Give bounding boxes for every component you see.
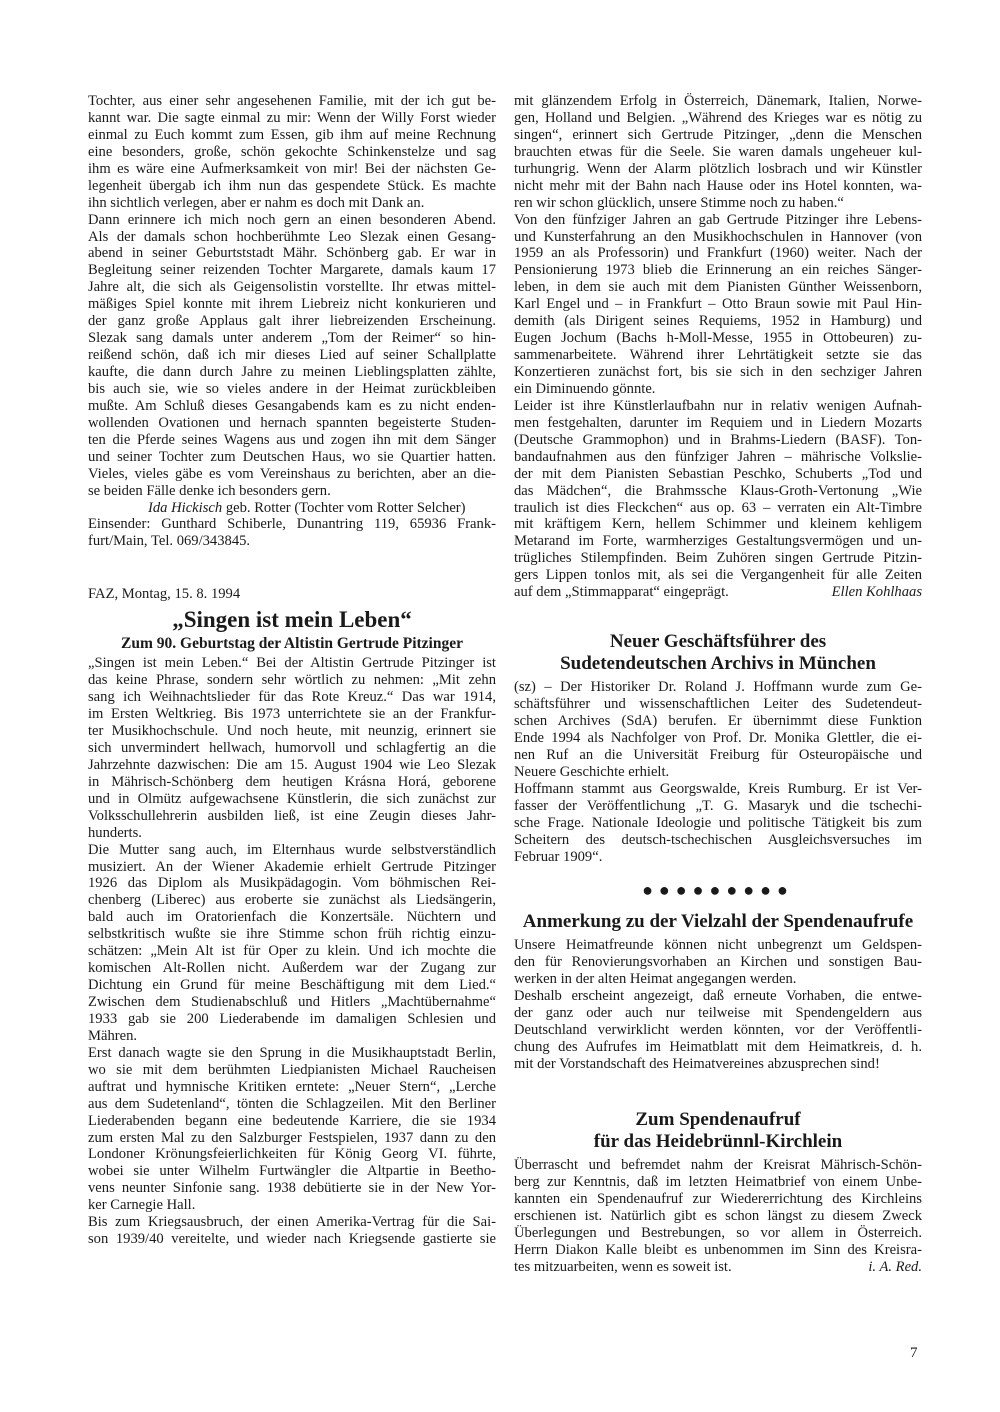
text-line: mit kräftigem Kern, hellem Schimmer und … bbox=[514, 516, 922, 533]
text-line: der ganz oder auch nur teilweise mit Spe… bbox=[514, 1005, 922, 1022]
text-line: (Deutsche Grammophon) und in Brahms-Lied… bbox=[514, 432, 922, 449]
text-line: fasser der Veröffentlichung „T. G. Masar… bbox=[514, 798, 922, 815]
text-line: Februar 1909“. bbox=[514, 849, 922, 866]
church-title-line2: für das Heidebrünnl-Kirchlein bbox=[514, 1131, 922, 1153]
text-line: ein Diminuendo gönnte. bbox=[514, 381, 922, 398]
archive-title-line2: Sudetendeutschen Archivs in München bbox=[514, 653, 922, 675]
text-line: wobei sie unter Wilhelm Furtwängler die … bbox=[88, 1163, 496, 1180]
text-line: Von den fünfziger Jahren an gab Gertrude… bbox=[514, 212, 922, 229]
text-line: turhungrig. Wenn der Alarm plötzlich los… bbox=[514, 161, 922, 178]
text-line: kaufte, die dann durch Jahre zu meinen L… bbox=[88, 364, 496, 381]
dot-separator: ●●●●●●●●● bbox=[514, 879, 922, 901]
text-line: Londoner Krönungsfeierlichkeiten für Kön… bbox=[88, 1146, 496, 1163]
text-line: Tochter, aus einer sehr angesehenen Fami… bbox=[88, 93, 496, 110]
archive-title-line1: Neuer Geschäftsführer des bbox=[514, 631, 922, 653]
text-line: Herrn Diakon Kalle bleibt es unbenommen … bbox=[514, 1242, 922, 1259]
author-line: Ida Hickisch geb. Rotter (Tochter vom Ro… bbox=[88, 500, 496, 517]
text-line: Mähren. bbox=[88, 1028, 496, 1045]
text-line: gers Lippen tonlos mit, als sei die Verg… bbox=[514, 567, 922, 584]
text-line: das Mädchen“, die Brahmssche Klaus-Groth… bbox=[514, 483, 922, 500]
text-line: bald auch im Oratorienfach die Konzertsä… bbox=[88, 909, 496, 926]
text-line: auftrat und hymnische Kritiken erntete: … bbox=[88, 1079, 496, 1096]
text-line: leben, in dem sie auch mit dem Pianisten… bbox=[514, 279, 922, 296]
text-line: auf dem „Stimmapparat“ eingeprägt. bbox=[514, 584, 729, 601]
text-line: demith (als Dirigent seines Requiems, 19… bbox=[514, 313, 922, 330]
donations-note: Anmerkung zu der Vielzahl der Spendenauf… bbox=[514, 911, 922, 1073]
text-line: Begleitung seiner reizenden Tochter Marg… bbox=[88, 262, 496, 279]
text-line: sich unvermindert hellwach, humorvoll un… bbox=[88, 740, 496, 757]
church-title-line1: Zum Spendenaufruf bbox=[514, 1109, 922, 1131]
text-line: Überlegungen und Bestrebungen, so vor al… bbox=[514, 1225, 922, 1242]
text-line: tes mitzuarbeiten, wenn es soweit ist. bbox=[514, 1259, 732, 1276]
text-line: ihm es wäre eine Aufmerksamkeit von mir!… bbox=[88, 161, 496, 178]
text-line: Als der damals schon hochberühmte Leo Sl… bbox=[88, 229, 496, 246]
text-line: Bis zum Kriegsausbruch, der einen Amerik… bbox=[88, 1214, 496, 1231]
author-note: geb. Rotter (Tochter vom Rotter Selcher) bbox=[222, 500, 465, 516]
text-line: singen“, erinnert sich Gertrude Pitzinge… bbox=[514, 127, 922, 144]
text-line: sammenarbeitete. Während ihrer Lehrtätig… bbox=[514, 347, 922, 364]
text-line: gen, Holland und Belgien. „Während des K… bbox=[514, 110, 922, 127]
text-line: mäßiges Spiel konnte mit ihrem Liebreiz … bbox=[88, 296, 496, 313]
left-column: Tochter, aus einer sehr angesehenen Fami… bbox=[88, 93, 496, 1248]
text-line: 1926 das Diplom als Musikpädagogin. Vom … bbox=[88, 875, 496, 892]
donations-note-title: Anmerkung zu der Vielzahl der Spendenauf… bbox=[514, 911, 922, 933]
text-line: Jahrzehnte dazwischen: Die am 15. August… bbox=[88, 757, 496, 774]
article-subtitle: Zum 90. Geburtstag der Altistin Gertrude… bbox=[88, 635, 496, 653]
sender-line: Einsender: Gunthard Schiberle, Dunantrin… bbox=[88, 516, 496, 533]
text-line: der ganz große Applaus galt ihrer liebre… bbox=[88, 313, 496, 330]
text-line: 1933 gab sie 200 Liederabende im damalig… bbox=[88, 1011, 496, 1028]
text-line: musiziert. An der Wiener Akademie erhiel… bbox=[88, 859, 496, 876]
text-line: (sz) – Der Historiker Dr. Roland J. Hoff… bbox=[514, 679, 922, 696]
text-line: im Ersten Weltkrieg. Bis 1973 unterricht… bbox=[88, 706, 496, 723]
text-line: Pensionierung 1973 blieb die Erinnerung … bbox=[514, 262, 922, 279]
text-line: Unsere Heimatfreunde können nicht unbegr… bbox=[514, 937, 922, 954]
text-line: komischen Alt-Rollen nicht. Außerdem war… bbox=[88, 960, 496, 977]
text-line: Slezak sang damals unter anderem „Tom de… bbox=[88, 330, 496, 347]
article-title: „Singen ist mein Leben“ bbox=[88, 607, 496, 633]
text-line: Die Mutter sang auch, im Elternhaus wurd… bbox=[88, 842, 496, 859]
text-line: nen Ruf an die Universität Freiburg für … bbox=[514, 747, 922, 764]
text-line: bandaufnahmen aus den fünfziger Jahren –… bbox=[514, 449, 922, 466]
text-line: Überrascht und befremdet nahm der Kreisr… bbox=[514, 1157, 922, 1174]
text-line: selbstkritisch wußte sie ihre Stimme sch… bbox=[88, 926, 496, 943]
text-line: Hoffmann stammt aus Georgswalde, Kreis R… bbox=[514, 781, 922, 798]
text-line: Dann erinnere ich mich noch gern an eine… bbox=[88, 212, 496, 229]
text-line: Eugen Jochum (Bachs h-Moll-Messe, 1955 i… bbox=[514, 330, 922, 347]
text-line: der mit dem Pianisten Sebastian Peschko,… bbox=[514, 466, 922, 483]
text-line: Karl Engel und – in Frankfurt – Otto Bra… bbox=[514, 296, 922, 313]
text-line: trügliches Stilempfinden. Beim Zuhören s… bbox=[514, 550, 922, 567]
text-line: Vieles, vieles gäbe es vom Vereinshaus z… bbox=[88, 466, 496, 483]
text-line: Leider ist ihre Künstlerlaufbahn nur in … bbox=[514, 398, 922, 415]
text-line: chenberg (Liberec) aus eroberte sie zunä… bbox=[88, 892, 496, 909]
text-line: zum ersten Mal zu den Salzburger Festspi… bbox=[88, 1130, 496, 1147]
text-line: reißend schön, daß ich mir dieses Lied a… bbox=[88, 347, 496, 364]
text-line: Jahre alt, die sich als Geigensolistin v… bbox=[88, 279, 496, 296]
text-line: men festgehalten, darunter im Requiem un… bbox=[514, 415, 922, 432]
text-line: sche Frage. Nationale Ideologie und poli… bbox=[514, 815, 922, 832]
text-line: Neuere Geschichte erhielt. bbox=[514, 764, 922, 781]
text-line: kannten ein Spendenaufruf zur Wiedererri… bbox=[514, 1191, 922, 1208]
text-line: ker Carnegie Hall. bbox=[88, 1197, 496, 1214]
text-line: nicht mehr mit der Bahn nach Hause oder … bbox=[514, 178, 922, 195]
text-line: erschienen ist. Natürlich gibt es schon … bbox=[514, 1208, 922, 1225]
text-line: aus dem Sudetenland“, tönten die Schlagz… bbox=[88, 1096, 496, 1113]
faz-article-continuation: mit glänzendem Erfolg in Österreich, Dän… bbox=[514, 93, 922, 601]
text-line: mußte. Am Schluß dieses Gesangabends kam… bbox=[88, 398, 496, 415]
text-line: wollenden Ovationen und hernach spannten… bbox=[88, 415, 496, 432]
text-line: ten die Pferde seines Wagens aus und zog… bbox=[88, 432, 496, 449]
text-line: vens neunter Sinfonie sang. 1938 debütie… bbox=[88, 1180, 496, 1197]
church-appeal: Zum Spendenaufruf für das Heidebrünnl-Ki… bbox=[514, 1109, 922, 1276]
text-line: abend in seiner Geburtststadt Mähr. Schö… bbox=[88, 245, 496, 262]
right-column: mit glänzendem Erfolg in Österreich, Dän… bbox=[514, 93, 922, 1276]
text-line: chung des Aufrufes im Heimatblatt mit de… bbox=[514, 1039, 922, 1056]
text-line: bis auch sie, wie so vieles andere in de… bbox=[88, 381, 496, 398]
text-line: Zwischen dem Studienabschluß und Hitlers… bbox=[88, 994, 496, 1011]
article-author: Ellen Kohlhaas bbox=[832, 584, 922, 601]
text-line: und Kunsterfahrung an den Musikhochschul… bbox=[514, 229, 922, 246]
text-line: werken in der alten Heimat angegangen we… bbox=[514, 971, 922, 988]
article-author: i. A. Red. bbox=[868, 1259, 922, 1276]
text-line: schen Archives (SdA) berufen. Er übernim… bbox=[514, 713, 922, 730]
text-line: Deshalb erscheint angezeigt, daß erneute… bbox=[514, 988, 922, 1005]
text-line: berg zur Kenntnis, daß im letzten Heimat… bbox=[514, 1174, 922, 1191]
text-line: wo sie mit dem berühmten Liedpianisten M… bbox=[88, 1062, 496, 1079]
text-line: ren wir schon glücklich, unsere Stimme n… bbox=[514, 195, 922, 212]
signature-line: auf dem „Stimmapparat“ eingeprägt. Ellen… bbox=[514, 584, 922, 601]
text-line: den für Renovierungsvorhaben an Kirchen … bbox=[514, 954, 922, 971]
text-line: das keine Phrase, sondern sehr wörtlich … bbox=[88, 672, 496, 689]
text-line: eine besonders, große, schön gekochte Sc… bbox=[88, 144, 496, 161]
text-line: brauchten etwas für die Seele. Sie waren… bbox=[514, 144, 922, 161]
text-line: Scheitern des deutsch-tschechischen Ausg… bbox=[514, 832, 922, 849]
text-line: 1959 an als Professorin) und Frankfurt (… bbox=[514, 245, 922, 262]
text-line: kannt war. Die sagte einmal zu mir: Wenn… bbox=[88, 110, 496, 127]
text-line: und in Olmütz aufgewachsene Künstlerin, … bbox=[88, 791, 496, 808]
faz-article: FAZ, Montag, 15. 8. 1994 „Singen ist mei… bbox=[88, 586, 496, 1248]
memoir-continuation: Tochter, aus einer sehr angesehenen Fami… bbox=[88, 93, 496, 550]
text-line: Volksschullehrerin ausbilden ließ, ist e… bbox=[88, 808, 496, 825]
author-name: Ida Hickisch bbox=[148, 500, 222, 516]
text-line: Konzertieren zunächst fort, bis sie sich… bbox=[514, 364, 922, 381]
text-line: schäftsführer und wissenschaftlichen Lei… bbox=[514, 696, 922, 713]
text-line: einmal zu Euch kommt zum Essen, gib ihm … bbox=[88, 127, 496, 144]
text-line: se beiden Fälle denke ich besonders gern… bbox=[88, 483, 496, 500]
page-number: 7 bbox=[910, 1345, 918, 1362]
text-line: son 1939/40 vereitelte, und wieder nach … bbox=[88, 1231, 496, 1248]
text-line: Ende 1994 als Nachfolger von Prof. Dr. M… bbox=[514, 730, 922, 747]
text-line: in Mährisch-Schönberg dem heutigen Krásn… bbox=[88, 774, 496, 791]
text-line: mit der Vorstandschaft des Heimatvereine… bbox=[514, 1056, 922, 1073]
text-line: Erst danach wagte sie den Sprung in die … bbox=[88, 1045, 496, 1062]
archive-article: Neuer Geschäftsführer des Sudetendeutsch… bbox=[514, 631, 922, 865]
text-line: „Singen ist mein Leben.“ Bei der Altisti… bbox=[88, 655, 496, 672]
text-line: Deutschland verwirklicht werden könnten,… bbox=[514, 1022, 922, 1039]
text-line: ter Musikhochschule. Und noch heute, mit… bbox=[88, 723, 496, 740]
text-line: ihn sichtlich verlegen, aber er nahm es … bbox=[88, 195, 496, 212]
article-dateline: FAZ, Montag, 15. 8. 1994 bbox=[88, 586, 496, 603]
text-line: traulich ist dies Fleckchen“ aus op. 63 … bbox=[514, 500, 922, 517]
text-line: legenheit übergab ich ihm nun das gespen… bbox=[88, 178, 496, 195]
text-line: sang ich Weihnachtslieder für das Rote K… bbox=[88, 689, 496, 706]
text-line: Metarand im Forte, warmherziges Gestaltu… bbox=[514, 533, 922, 550]
signature-line: tes mitzuarbeiten, wenn es soweit ist. i… bbox=[514, 1259, 922, 1276]
text-line: Liederabenden begann eine bedeutende Kar… bbox=[88, 1113, 496, 1130]
text-line: Dichtung ein Grund für meine Beschäftigu… bbox=[88, 977, 496, 994]
text-line: mit glänzendem Erfolg in Österreich, Dän… bbox=[514, 93, 922, 110]
text-line: hunderts. bbox=[88, 825, 496, 842]
text-line: und seiner Tochter zum Deutschen Haus, w… bbox=[88, 449, 496, 466]
text-line: schätzen: „Mein Alt ist für Oper zu klei… bbox=[88, 943, 496, 960]
sender-line: furt/Main, Tel. 069/343845. bbox=[88, 533, 496, 550]
